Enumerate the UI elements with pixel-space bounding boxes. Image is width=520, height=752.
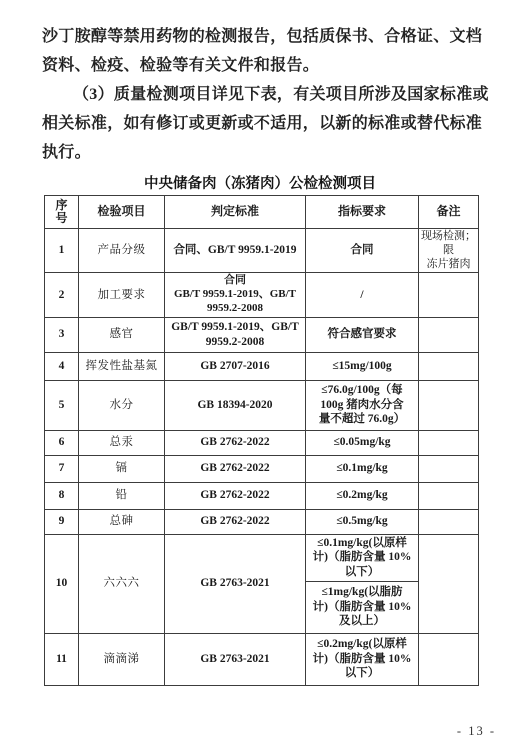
cell-remark: 现场检测；限 冻片猪肉 <box>419 229 479 273</box>
cell-no: 3 <box>45 317 79 352</box>
header-requirement: 指标要求 <box>306 196 419 229</box>
paragraph-line: （3）质量检测项目详见下表，有关项目所涉及国家标准或 <box>42 80 480 109</box>
cell-requirement: ≤0.05mg/kg <box>306 430 419 455</box>
paragraph-line: 相关标准，如有修订或更新或不适用，以新的标准或替代标准 <box>42 109 480 138</box>
page-number: - 13 - <box>457 724 496 739</box>
header-remark: 备注 <box>419 196 479 229</box>
cell-requirement: / <box>306 273 419 317</box>
cell-remark <box>419 509 479 534</box>
table-title: 中央储备肉（冻猪肉）公检检测项目 <box>0 172 520 193</box>
cell-requirement: ≤76.0g/100g（每 100g 猪肉水分含 量不超过 76.0g） <box>306 380 419 430</box>
cell-remark <box>419 430 479 455</box>
cell-no: 2 <box>45 273 79 317</box>
table-row: 10 六六六 GB 2763-2021 ≤0.1mg/kg(以原样 计)（脂肪含… <box>45 534 479 581</box>
cell-requirement: ≤0.1mg/kg <box>306 455 419 482</box>
table-row: 5 水分 GB 18394-2020 ≤76.0g/100g（每 100g 猪肉… <box>45 380 479 430</box>
cell-remark <box>419 380 479 430</box>
table-row: 1 产品分级 合同、GB/T 9959.1-2019 合同 现场检测；限 冻片猪… <box>45 229 479 273</box>
cell-remark <box>419 317 479 352</box>
cell-requirement: ≤0.2mg/kg <box>306 482 419 509</box>
header-item: 检验项目 <box>79 196 165 229</box>
cell-standard: GB 2763-2021 <box>165 633 306 685</box>
header-standard: 判定标准 <box>165 196 306 229</box>
cell-remark <box>419 633 479 685</box>
cell-remark <box>419 273 479 317</box>
table-row: 7 镉 GB 2762-2022 ≤0.1mg/kg <box>45 455 479 482</box>
cell-no: 5 <box>45 380 79 430</box>
cell-item: 铅 <box>79 482 165 509</box>
cell-standard: GB 2707-2016 <box>165 352 306 380</box>
cell-item: 感官 <box>79 317 165 352</box>
cell-remark <box>419 482 479 509</box>
cell-standard: GB 2762-2022 <box>165 509 306 534</box>
inspection-items-table: 序 号 检验项目 判定标准 指标要求 备注 1 产品分级 合同、GB/T 995… <box>44 195 479 686</box>
cell-remark <box>419 455 479 482</box>
cell-no: 8 <box>45 482 79 509</box>
cell-no: 4 <box>45 352 79 380</box>
table-row: 6 总汞 GB 2762-2022 ≤0.05mg/kg <box>45 430 479 455</box>
cell-item: 六六六 <box>79 534 165 633</box>
cell-item: 总砷 <box>79 509 165 534</box>
paragraph-line: 沙丁胺醇等禁用药物的检测报告，包括质保书、合格证、文档 <box>42 22 480 51</box>
cell-item: 挥发性盐基氮 <box>79 352 165 380</box>
cell-item: 加工要求 <box>79 273 165 317</box>
cell-standard: GB/T 9959.1-2019、GB/T 9959.2-2008 <box>165 317 306 352</box>
cell-requirement-b: ≤1mg/kg(以脂肪 计)（脂肪含量 10% 及以上） <box>306 581 419 633</box>
cell-no: 11 <box>45 633 79 685</box>
cell-requirement: ≤0.5mg/kg <box>306 509 419 534</box>
cell-no: 1 <box>45 229 79 273</box>
cell-standard: GB 2762-2022 <box>165 430 306 455</box>
cell-item: 滴滴涕 <box>79 633 165 685</box>
document-page: 沙丁胺醇等禁用药物的检测报告，包括质保书、合格证、文档 资料、检疫、检验等有关文… <box>0 0 520 752</box>
table-row: 8 铅 GB 2762-2022 ≤0.2mg/kg <box>45 482 479 509</box>
cell-item: 产品分级 <box>79 229 165 273</box>
table-row: 4 挥发性盐基氮 GB 2707-2016 ≤15mg/100g <box>45 352 479 380</box>
table-row: 3 感官 GB/T 9959.1-2019、GB/T 9959.2-2008 符… <box>45 317 479 352</box>
paragraph-line: 执行。 <box>42 138 480 167</box>
cell-requirement: 符合感官要求 <box>306 317 419 352</box>
table-row: 9 总砷 GB 2762-2022 ≤0.5mg/kg <box>45 509 479 534</box>
cell-remark <box>419 534 479 633</box>
cell-standard: GB 18394-2020 <box>165 380 306 430</box>
cell-no: 7 <box>45 455 79 482</box>
cell-item: 水分 <box>79 380 165 430</box>
cell-standard: GB 2762-2022 <box>165 455 306 482</box>
cell-requirement: ≤15mg/100g <box>306 352 419 380</box>
header-no: 序 号 <box>45 196 79 229</box>
cell-standard: GB 2762-2022 <box>165 482 306 509</box>
cell-item: 总汞 <box>79 430 165 455</box>
table-row: 11 滴滴涕 GB 2763-2021 ≤0.2mg/kg(以原样 计)（脂肪含… <box>45 633 479 685</box>
cell-item: 镉 <box>79 455 165 482</box>
cell-requirement: ≤0.2mg/kg(以原样 计)（脂肪含量 10% 以下） <box>306 633 419 685</box>
table-header-row: 序 号 检验项目 判定标准 指标要求 备注 <box>45 196 479 229</box>
cell-standard: GB 2763-2021 <box>165 534 306 633</box>
cell-standard: 合同、GB/T 9959.1-2019 <box>165 229 306 273</box>
body-paragraphs: 沙丁胺醇等禁用药物的检测报告，包括质保书、合格证、文档 资料、检疫、检验等有关文… <box>42 22 480 167</box>
table-row: 2 加工要求 合同 GB/T 9959.1-2019、GB/T 9959.2-2… <box>45 273 479 317</box>
cell-requirement: 合同 <box>306 229 419 273</box>
cell-no: 10 <box>45 534 79 633</box>
cell-requirement-a: ≤0.1mg/kg(以原样 计)（脂肪含量 10% 以下） <box>306 534 419 581</box>
cell-remark <box>419 352 479 380</box>
paragraph-line: 资料、检疫、检验等有关文件和报告。 <box>42 51 480 80</box>
cell-no: 6 <box>45 430 79 455</box>
cell-standard: 合同 GB/T 9959.1-2019、GB/T 9959.2-2008 <box>165 273 306 317</box>
cell-no: 9 <box>45 509 79 534</box>
